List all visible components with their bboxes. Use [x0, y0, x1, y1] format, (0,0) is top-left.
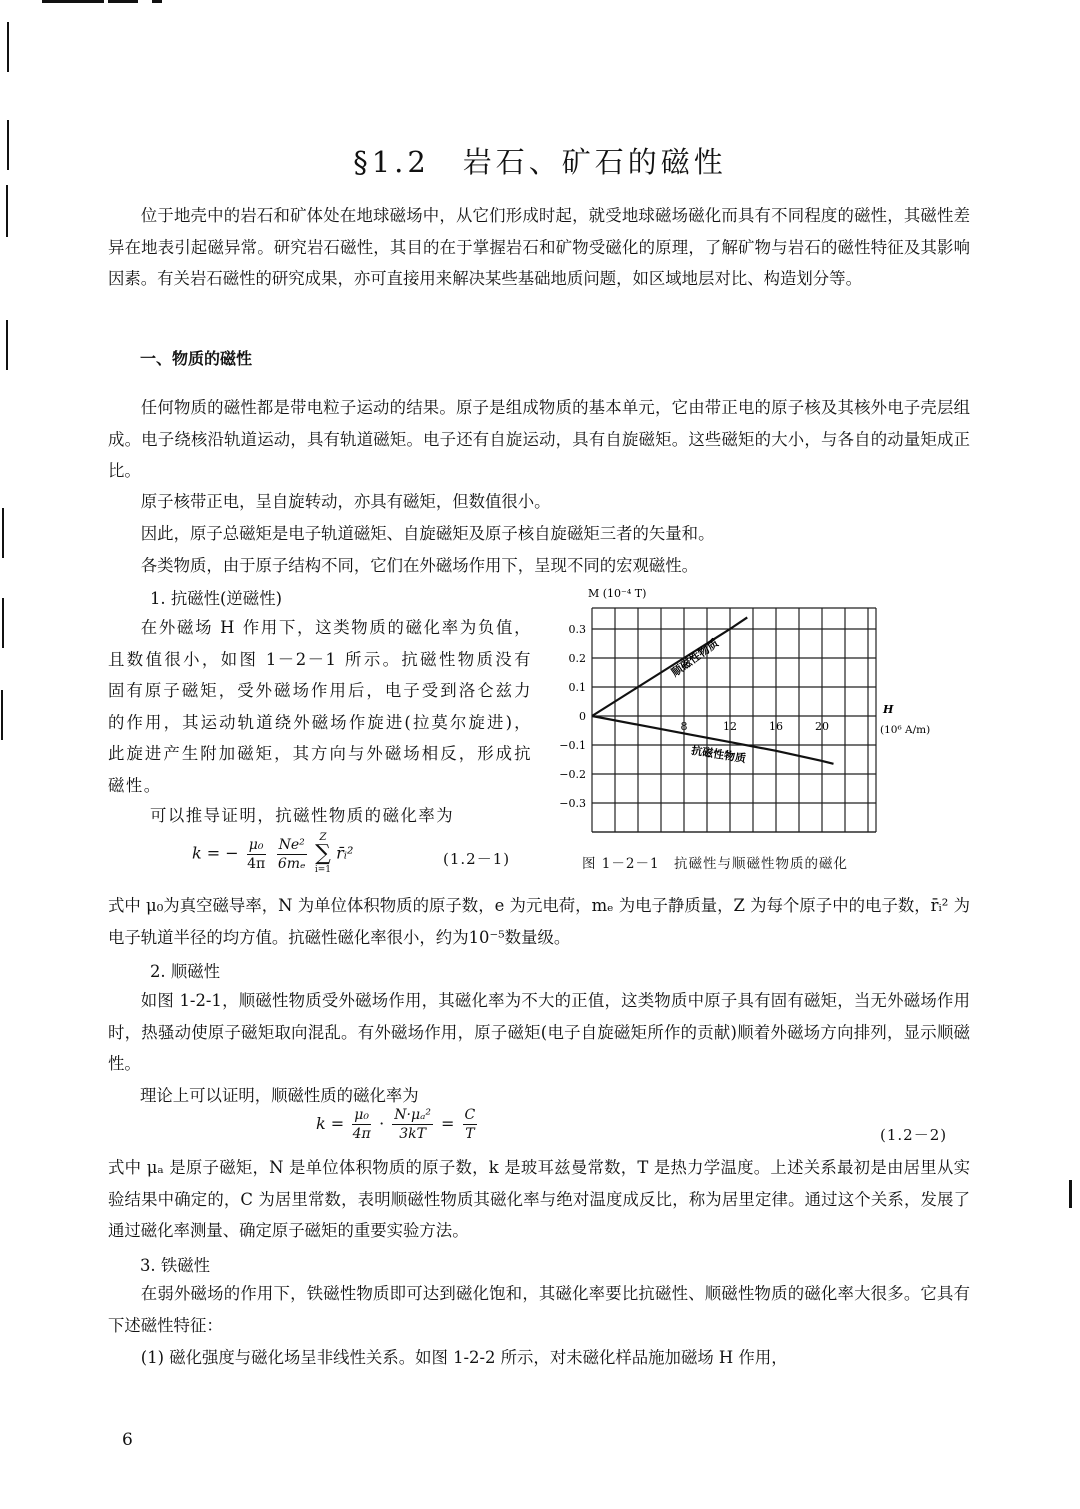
intro-paragraph: 位于地壳中的岩石和矿体处在地球磁场中，从它们形成时起，就受地球磁场磁化而具有不同…: [108, 200, 970, 295]
formula-lead-in: 理论上可以证明，顺磁性质的磁化率为: [140, 1082, 419, 1106]
fraction: μ₀ 4π: [352, 1106, 371, 1143]
sum-symbol: ∑: [315, 844, 331, 864]
scan-edge-mark: [2, 508, 4, 558]
numerator: Ne²: [277, 836, 307, 855]
body-paragraph: 各类物质，由于原子结构不同，它们在外磁场作用下，呈现不同的宏观磁性。: [108, 550, 970, 582]
y-tick-label: −0.1: [559, 739, 586, 752]
body-paragraph: 因此，原子总磁矩是电子轨道磁矩、自旋磁矩及原子核自旋磁矩三者的矢量和。: [108, 518, 970, 550]
figure-caption: 图 1－2－1 抗磁性与顺磁性物质的磁化: [582, 852, 848, 872]
equation-number: (1.2－2): [880, 1124, 947, 1145]
y-tick-label: 0: [579, 710, 586, 723]
ferromagnetism-paragraph: 在弱外磁场的作用下，铁磁性物质即可达到磁化饱和，其磁化率要比抗磁性、顺磁性物质的…: [108, 1278, 970, 1341]
diamagnetism-paragraph: 在外磁场 H 作用下，这类物质的磁化率为负值，且数值很小，如图 1－2－1 所示…: [108, 612, 532, 801]
denominator: T: [463, 1125, 478, 1143]
y-tick-label: −0.2: [559, 768, 586, 781]
x-axis-label: H: [882, 703, 894, 716]
denominator: 3kT: [392, 1125, 433, 1143]
scan-edge-mark: [152, 0, 162, 3]
equals-sign: =: [441, 1114, 454, 1133]
y-tick-label: 0.1: [569, 681, 587, 694]
fraction: N·μₐ² 3kT: [392, 1106, 433, 1143]
subsection-heading-ferromagnetism: 3. 铁磁性: [140, 1252, 210, 1276]
subsection-heading-paramagnetism: 2. 顺磁性: [150, 958, 220, 982]
sum-lower: i=1: [315, 864, 331, 876]
denominator: 4π: [352, 1125, 371, 1143]
y-tick-label: 0.2: [569, 652, 587, 665]
multiply-dot: ·: [379, 1114, 384, 1133]
equation-number: (1.2－1): [443, 848, 510, 869]
summation: Z ∑ i=1: [315, 832, 331, 876]
x-tick-label: 16: [769, 720, 783, 733]
y-tick-label: 0.3: [569, 623, 587, 636]
numerator: N·μₐ²: [392, 1106, 433, 1125]
paramagnetism-explanation: 式中 μₐ 是原子磁矩，N 是单位体积物质的原子数，k 是玻耳兹曼常数，T 是热…: [108, 1152, 970, 1247]
body-paragraph: 原子核带正电，呈自旋转动，亦具有磁矩，但数值很小。: [108, 486, 970, 518]
page-number: 6: [122, 1430, 133, 1450]
y-axis-label: M (10⁻⁴ T): [588, 587, 646, 600]
ferromagnetism-item-1: (1) 磁化强度与磁化场呈非线性关系。如图 1-2-2 所示，对未磁化样品施加磁…: [108, 1342, 970, 1374]
subsection-heading-diamagnetism: 1. 抗磁性(逆磁性): [150, 585, 282, 609]
x-tick-label: 8: [681, 720, 688, 733]
x-axis-unit: (10⁶ A/m): [880, 724, 930, 736]
numerator: μ₀: [352, 1106, 371, 1125]
numerator: C: [463, 1106, 478, 1125]
figure-1-2-1: 0.30.20.10−0.1−0.2−0.3 8121620 M (10⁻⁴ T…: [540, 585, 980, 875]
y-tick-label: −0.3: [559, 797, 586, 810]
formula-lead-in: 可以推导证明，抗磁性物质的磁化率为: [150, 802, 454, 826]
denominator: 6mₑ: [277, 855, 307, 873]
x-tick-label: 12: [723, 720, 737, 733]
denominator: 4π: [247, 855, 266, 873]
magnetization-chart: 0.30.20.10−0.1−0.2−0.3 8121620 M (10⁻⁴ T…: [540, 585, 980, 875]
formula-1-2-2: k = μ₀ 4π · N·μₐ² 3kT = C T: [316, 1106, 480, 1143]
fraction: C T: [463, 1106, 478, 1143]
formula-1-2-1: k = − μ₀ 4π Ne² 6mₑ Z ∑ i=1 r̄ᵢ²: [192, 832, 353, 876]
section-title: §1.2 岩石、矿石的磁性: [0, 140, 1080, 181]
scan-edge-mark: [6, 320, 8, 370]
fraction: Ne² 6mₑ: [277, 836, 307, 873]
body-paragraph: 任何物质的磁性都是带电粒子运动的结果。原子是组成物质的基本单元，它由带正电的原子…: [108, 392, 970, 487]
diamagnetism-explanation: 式中 μ₀为真空磁导率，N 为单位体积物质的原子数，e 为元电荷，mₑ 为电子静…: [108, 890, 970, 953]
formula-lhs: k = −: [192, 844, 239, 863]
formula-term: r̄ᵢ²: [336, 844, 353, 863]
scan-edge-mark: [2, 598, 4, 648]
scan-edge-mark: [108, 0, 138, 3]
scan-edge-mark: [1069, 1180, 1072, 1208]
section-heading: 一、物质的磁性: [140, 346, 252, 369]
fraction: μ₀ 4π: [247, 836, 266, 873]
scan-edge-mark: [7, 22, 9, 72]
scan-edge-mark: [1, 690, 3, 740]
numerator: μ₀: [247, 836, 266, 855]
series-label-diamagnetic: 抗磁性物质: [690, 743, 747, 765]
formula-lhs: k =: [316, 1114, 344, 1133]
x-tick-label: 20: [815, 720, 829, 733]
paramagnetism-paragraph: 如图 1-2-1，顺磁性物质受外磁场作用，其磁化率为不大的正值，这类物质中原子具…: [108, 985, 970, 1080]
scan-edge-mark: [6, 185, 8, 237]
scan-edge-mark: [42, 0, 104, 3]
